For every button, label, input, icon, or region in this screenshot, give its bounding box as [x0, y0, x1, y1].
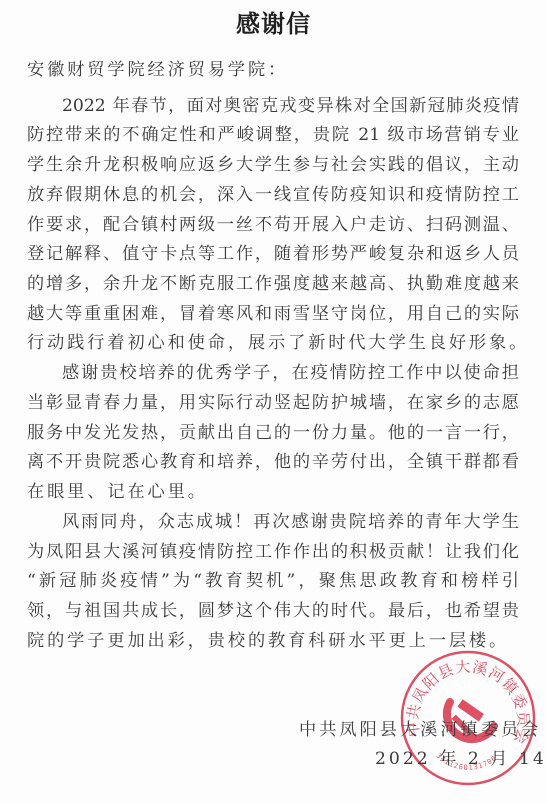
signature-date: 2022 年 2 月 14 日 [375, 744, 547, 774]
paragraph-1-line: 的增多，余升龙不断克服工作强度越来越高、执勤难度越来 [27, 269, 519, 299]
paragraph-1-line: 越大等重重困难，冒着寒风和雨雪坚守岗位，用自己的实际 [27, 299, 519, 329]
paragraph-3-line: 为凤阳县大溪河镇疫情防控工作作出的积极贡献！让我们化 [27, 537, 519, 567]
paragraph-1-line: 放弃假期休息的机会，深入一线宣传防疫知识和疫情防控工 [27, 180, 519, 210]
paragraph-1-line: 学生余升龙积极响应返乡大学生参与社会实践的倡议，主动 [27, 150, 519, 180]
signature-organization: 中共凤阳县大溪河镇委员会 [299, 715, 541, 745]
paragraph-3-line: 风雨同舟，众志成城！再次感谢贵院培养的青年大学生 [62, 507, 519, 537]
paragraph-3-line: 领，与祖国共成长，圆梦这个伟大的时代。最后，也希望贵 [27, 596, 519, 626]
paragraph-2-line: 感谢贵校培养的优秀学子，在疫情防控工作中以使命担 [62, 358, 519, 388]
paragraph-2-line: 离不开贵院悉心教育和培养，他的辛劳付出，全镇干群都看 [27, 447, 519, 477]
paragraph-1-line: 行动践行着初心和使命，展示了新时代大学生良好形象。 [27, 328, 519, 358]
paragraph-2-line: 服务中发光发热，贡献出自己的一份力量。他的一言一行， [27, 418, 519, 448]
paragraph-1-line: 作要求，配合镇村两级一丝不苟开展入户走访、扫码测温、 [27, 210, 519, 240]
paragraph-1-line: 登记解释、值守卡点等工作，随着形势严峻复杂和返乡人员 [27, 239, 519, 269]
letter-page: 感谢信 安徽财贸学院经济贸易学院： 2022 年春节，面对奥密克戎变异株对全国新… [0, 0, 547, 804]
salutation: 安徽财贸学院经济贸易学院： [27, 55, 519, 85]
paragraph-2-line: 在眼里、记在心里。 [27, 477, 519, 507]
paragraph-1-line: 防控带来的不确定性和严峻调整，贵院 21 级市场营销专业 [27, 120, 519, 150]
paragraph-2-line: 当彰显青春力量，用实际行动竖起防护城墙，在家乡的志愿 [27, 388, 519, 418]
letter-title: 感谢信 [0, 8, 547, 40]
paragraph-1-line: 2022 年春节，面对奥密克戎变异株对全国新冠肺炎疫情 [62, 91, 519, 121]
paragraph-3-line: “新冠肺炎疫情”为“教育契机”，聚焦思政教育和榜样引 [27, 566, 519, 596]
